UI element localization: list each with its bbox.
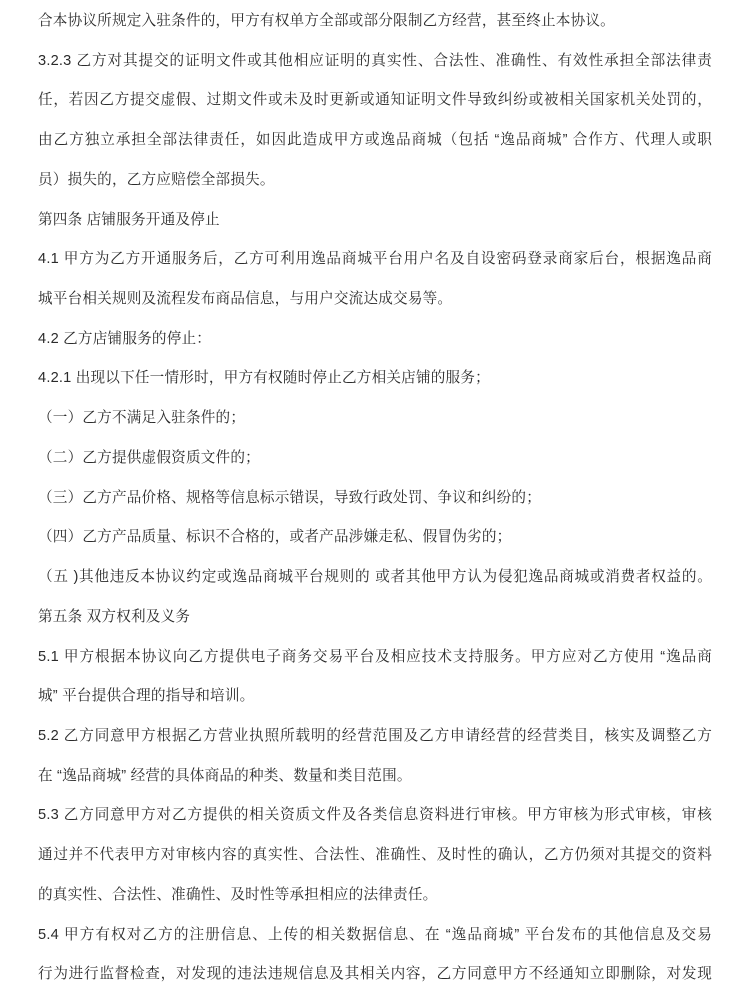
document-page: 合本协议所规定入驻条件的，甲方有权单方全部或部分限制乙方经营，甚至终止本协议。 … — [0, 0, 750, 997]
document-line: 4.2 乙方店铺服务的停止： — [38, 320, 712, 360]
document-line: 5.2 乙方同意甲方根据乙方营业执照所载明的经营范围及乙方申请经营的经营类目，核… — [38, 717, 712, 757]
document-line: 任，若因乙方提交虚假、过期文件或未及时更新或通知证明文件导致纠纷或被相关国家机关… — [38, 81, 712, 121]
document-line: 由乙方独立承担全部法律责任，如因此造成甲方或逸品商城（包括 “逸品商城” 合作方… — [38, 121, 712, 161]
document-line: 行为进行监督检查，对发现的违法违规信息及其相关内容，乙方同意甲方不经通知立即删除… — [38, 955, 712, 995]
document-line: 的真实性、合法性、准确性、及时性等承担相应的法律责任。 — [38, 876, 712, 916]
document-line: 5.1 甲方根据本协议向乙方提供电子商务交易平台及相应技术支持服务。甲方应对乙方… — [38, 638, 712, 678]
contract-document: 合本协议所规定入驻条件的，甲方有权单方全部或部分限制乙方经营，甚至终止本协议。 … — [38, 2, 712, 995]
document-line: 5.4 甲方有权对乙方的注册信息、上传的相关数据信息、在 “逸品商城” 平台发布… — [38, 916, 712, 956]
list-item-line: （一）乙方不满足入驻条件的； — [38, 399, 712, 439]
list-item-line: （三）乙方产品价格、规格等信息标示错误，导致行政处罚、争议和纠纷的； — [38, 479, 712, 519]
list-item-line: （五 )其他违反本协议约定或逸品商城平台规则的 或者其他甲方认为侵犯逸品商城或消… — [38, 558, 712, 598]
document-line: 城平台相关规则及流程发布商品信息，与用户交流达成交易等。 — [38, 280, 712, 320]
document-line: 员）损失的，乙方应赔偿全部损失。 — [38, 161, 712, 201]
list-item-line: （二）乙方提供虚假资质文件的； — [38, 439, 712, 479]
document-line: 通过并不代表甲方对审核内容的真实性、合法性、准确性、及时性的确认，乙方仍须对其提… — [38, 836, 712, 876]
document-line: 在 “逸品商城” 经营的具体商品的种类、数量和类目范围。 — [38, 757, 712, 797]
list-item-line: （四）乙方产品质量、标识不合格的，或者产品涉嫌走私、假冒伪劣的； — [38, 518, 712, 558]
document-line: 合本协议所规定入驻条件的，甲方有权单方全部或部分限制乙方经营，甚至终止本协议。 — [38, 2, 712, 42]
document-line: 4.1 甲方为乙方开通服务后，乙方可利用逸品商城平台用户名及自设密码登录商家后台… — [38, 240, 712, 280]
document-line: 5.3 乙方同意甲方对乙方提供的相关资质文件及各类信息资料进行审核。甲方审核为形… — [38, 796, 712, 836]
clause-heading: 第四条 店铺服务开通及停止 — [38, 201, 712, 241]
document-line: 3.2.3 乙方对其提交的证明文件或其他相应证明的真实性、合法性、准确性、有效性… — [38, 42, 712, 82]
clause-heading: 第五条 双方权利及义务 — [38, 598, 712, 638]
document-line: 4.2.1 出现以下任一情形时，甲方有权随时停止乙方相关店铺的服务； — [38, 359, 712, 399]
document-line: 城” 平台提供合理的指导和培训。 — [38, 677, 712, 717]
